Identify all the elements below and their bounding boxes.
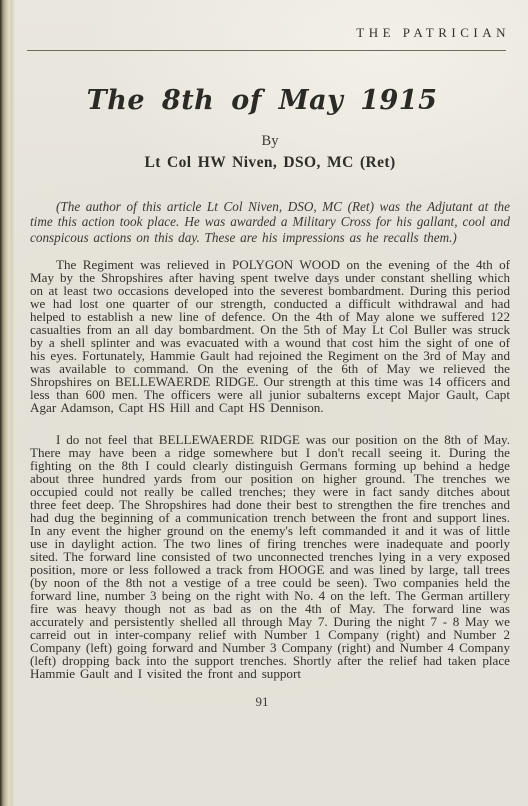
page: THE PATRICIAN The 8th of May 1915 By Lt … — [15, 0, 528, 806]
author-name: Lt Col HW Niven, DSO, MC (Ret) — [30, 154, 510, 172]
body-paragraph-2: I do not feel that BELLEWAERDE RIDGE was… — [30, 433, 510, 680]
running-header-journal-title: THE PATRICIAN — [30, 0, 510, 41]
editor-note: (The author of this article Lt Col Niven… — [30, 199, 510, 245]
header-rule — [27, 50, 506, 51]
article-title: The 8th of May 1915 — [22, 84, 502, 118]
book-spine-shadow — [0, 0, 15, 806]
body-paragraph-1: The Regiment was relieved in POLYGON WOO… — [30, 258, 510, 414]
byline-label: By — [30, 133, 510, 149]
scanned-page-background: THE PATRICIAN The 8th of May 1915 By Lt … — [0, 0, 528, 806]
page-number: 91 — [22, 694, 502, 710]
